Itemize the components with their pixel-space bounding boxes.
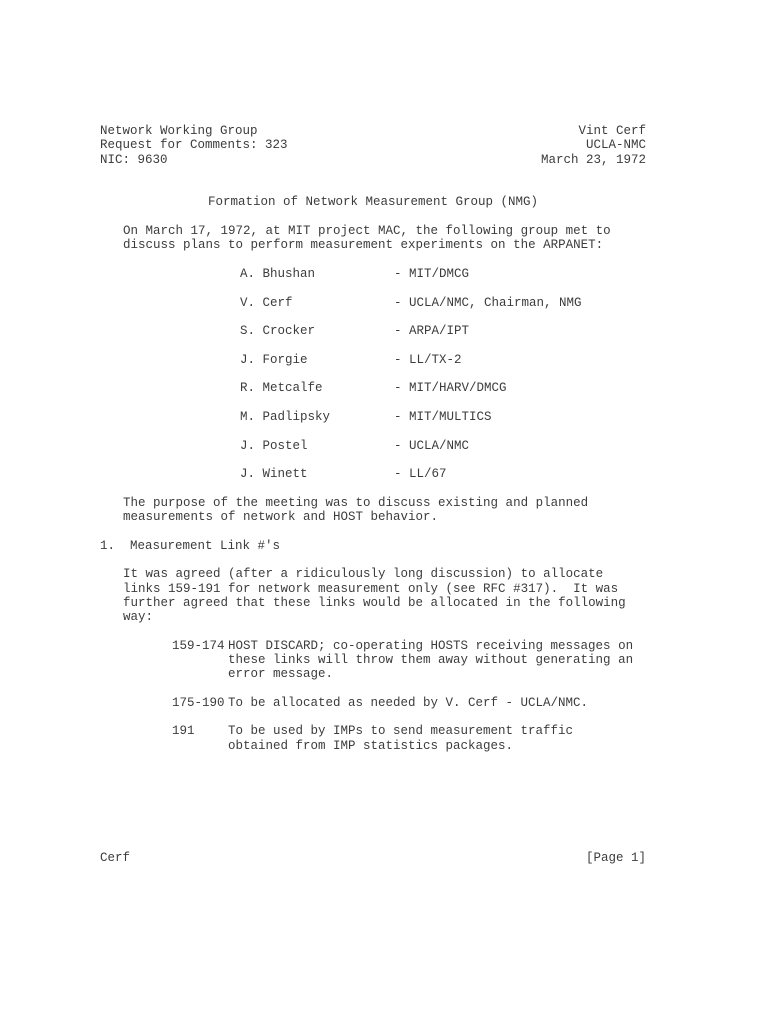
attendee-row: J. Winett - LL/67 [100,467,646,481]
allocation-row: 191 To be used by IMPs to send measureme… [100,724,646,753]
header-working-group: Network Working Group [100,124,288,138]
attendee-affiliation: - LL/TX-2 [394,353,462,367]
attendee-name: S. Crocker [240,324,394,338]
allocation-description: To be allocated as needed by V. Cerf - U… [228,696,646,710]
allocation-row: 175-190 To be allocated as needed by V. … [100,696,646,710]
attendee-name: M. Padlipsky [240,410,394,424]
header-affiliation: UCLA-NMC [541,138,646,152]
allocation-row: 159-174 HOST DISCARD; co-operating HOSTS… [100,639,646,682]
attendee-row: A. Bhushan - MIT/DMCG [100,267,646,281]
allocation-description: HOST DISCARD; co-operating HOSTS receivi… [228,639,646,682]
header-date: March 23, 1972 [541,153,646,167]
header-nic-number: NIC: 9630 [100,153,288,167]
footer-author: Cerf [100,851,130,865]
attendee-affiliation: - UCLA/NMC, Chairman, NMG [394,296,582,310]
attendee-list: A. Bhushan - MIT/DMCG V. Cerf - UCLA/NMC… [100,267,646,481]
attendee-affiliation: - MIT/DMCG [394,267,469,281]
attendee-name: V. Cerf [240,296,394,310]
document-page: Network Working Group Request for Commen… [0,0,770,1024]
document-footer: Cerf [Page 1] [100,851,646,865]
attendee-affiliation: - UCLA/NMC [394,439,469,453]
section-1-heading: 1. Measurement Link #'s [100,539,646,553]
attendee-row: R. Metcalfe - MIT/HARV/DMCG [100,381,646,395]
allocation-description: To be used by IMPs to send measurement t… [228,724,646,753]
link-allocation-list: 159-174 HOST DISCARD; co-operating HOSTS… [100,639,646,753]
rfc-document-body: Network Working Group Request for Commen… [100,124,646,753]
header-rfc-number: Request for Comments: 323 [100,138,288,152]
allocation-link-range: 175-190 [172,696,228,710]
attendee-name: R. Metcalfe [240,381,394,395]
attendee-name: J. Forgie [240,353,394,367]
section-1-body: It was agreed (after a ridiculously long… [100,567,646,624]
attendee-name: J. Postel [240,439,394,453]
allocation-link-range: 159-174 [172,639,228,682]
attendee-affiliation: - MIT/HARV/DMCG [394,381,507,395]
attendee-row: S. Crocker - ARPA/IPT [100,324,646,338]
attendee-affiliation: - MIT/MULTICS [394,410,492,424]
attendee-name: J. Winett [240,467,394,481]
header-right-block: Vint Cerf UCLA-NMC March 23, 1972 [541,124,646,167]
attendee-affiliation: - LL/67 [394,467,447,481]
attendee-name: A. Bhushan [240,267,394,281]
footer-page-number: [Page 1] [586,851,646,865]
header-left-block: Network Working Group Request for Commen… [100,124,288,167]
document-title: Formation of Network Measurement Group (… [100,195,646,209]
document-header: Network Working Group Request for Commen… [100,124,646,167]
attendee-row: M. Padlipsky - MIT/MULTICS [100,410,646,424]
attendee-row: V. Cerf - UCLA/NMC, Chairman, NMG [100,296,646,310]
allocation-link-range: 191 [172,724,228,753]
purpose-paragraph: The purpose of the meeting was to discus… [100,496,646,525]
attendee-row: J. Forgie - LL/TX-2 [100,353,646,367]
header-author: Vint Cerf [541,124,646,138]
attendee-affiliation: - ARPA/IPT [394,324,469,338]
intro-paragraph: On March 17, 1972, at MIT project MAC, t… [100,224,646,253]
attendee-row: J. Postel - UCLA/NMC [100,439,646,453]
